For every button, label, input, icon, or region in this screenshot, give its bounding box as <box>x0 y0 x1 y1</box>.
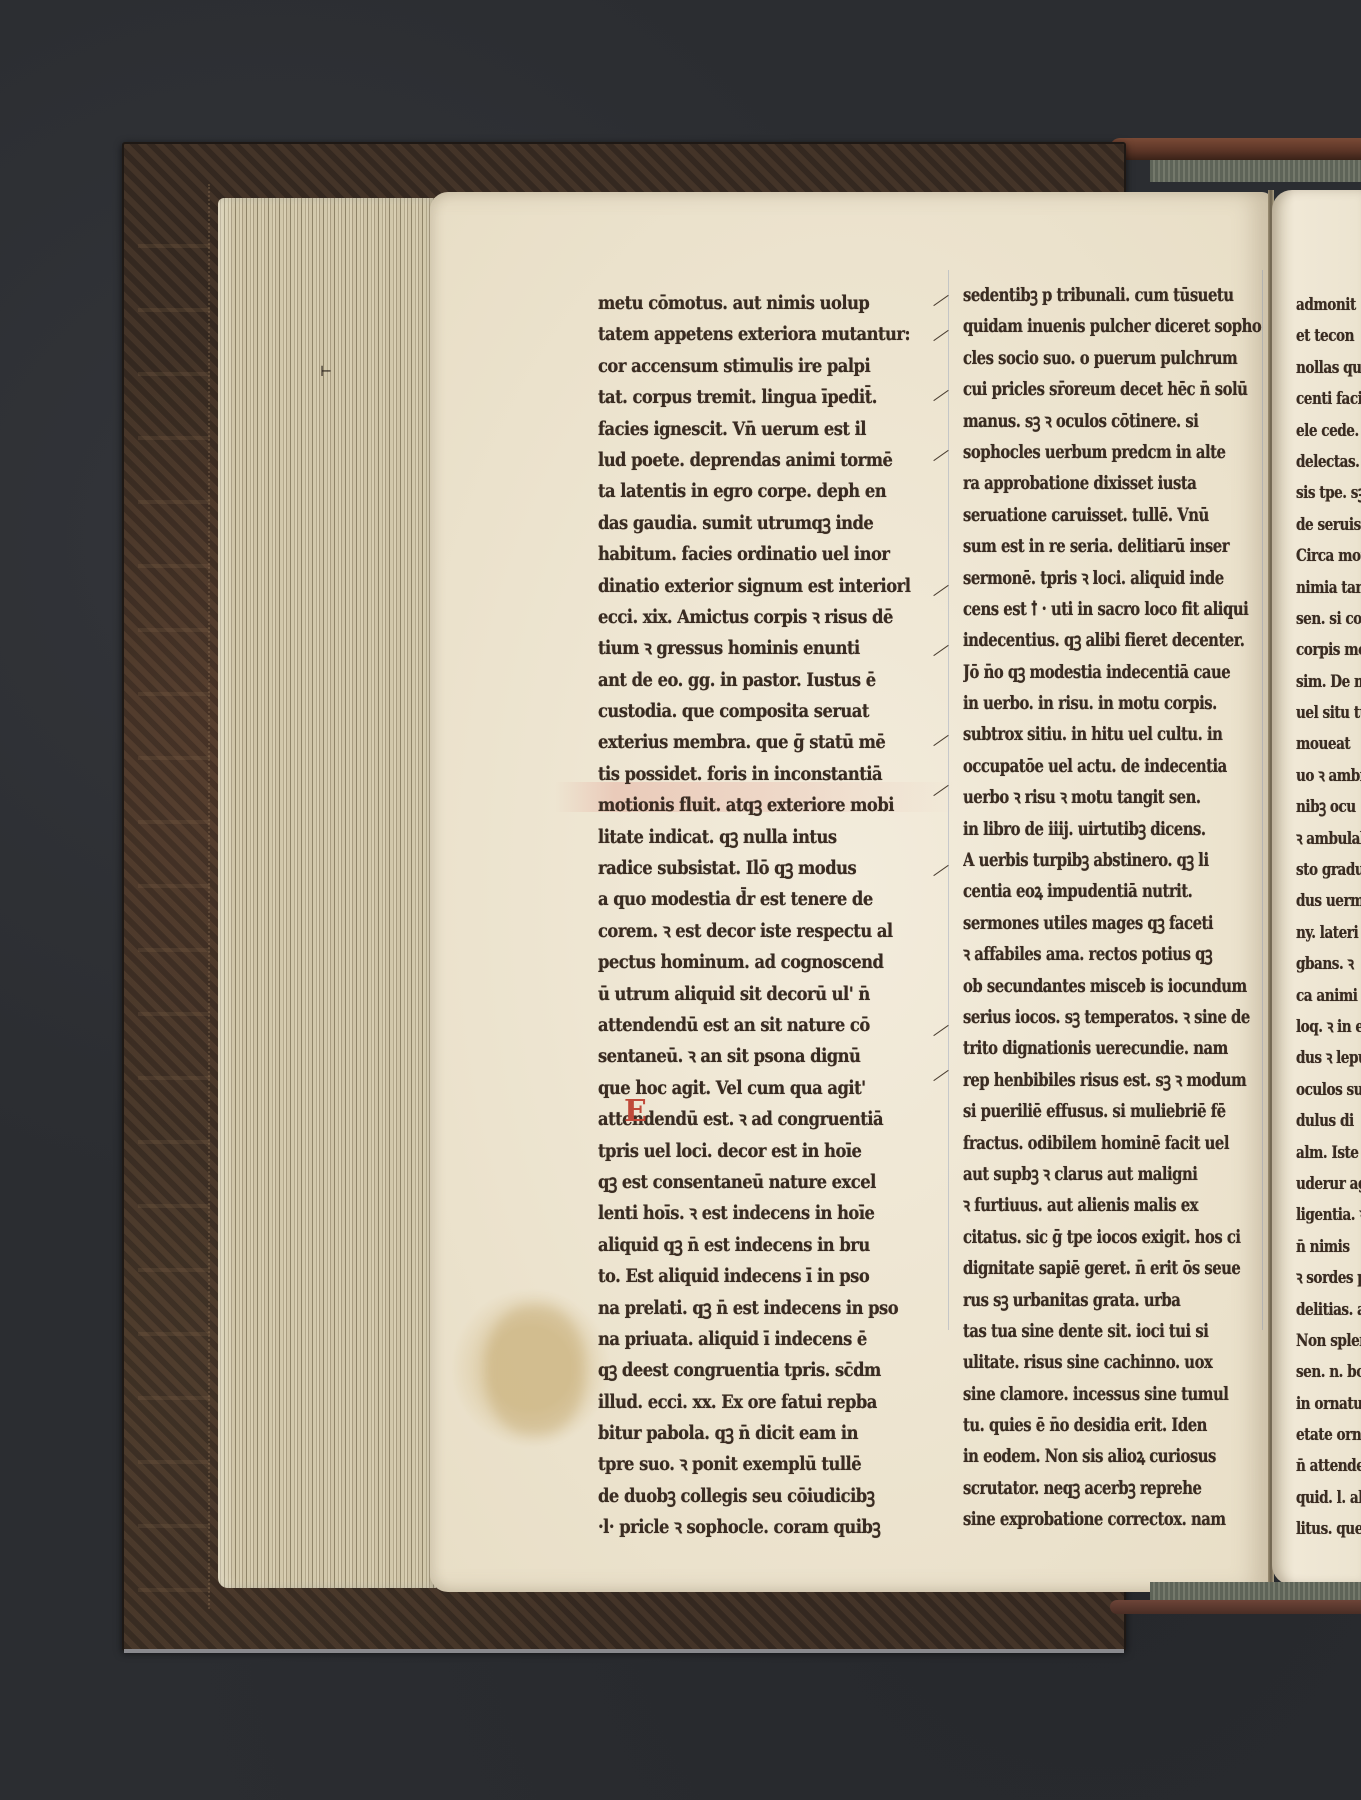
text-line: corpis mot <box>1296 635 1348 666</box>
text-line: ū utrum aliquid sit decorū ul' n̄ <box>598 979 895 1010</box>
text-line: in libro de iiij. uirtutibꝫ dicens. <box>963 814 1205 845</box>
ruling-line <box>948 270 949 1330</box>
text-line: delectas. <box>1296 447 1348 478</box>
text-line: sen. si con <box>1296 604 1348 635</box>
text-line: uderur ag <box>1296 1169 1348 1200</box>
text-line: rep henbibiles risus est. sꝫ ꝛ modum <box>963 1065 1205 1096</box>
text-line: to. Est aliquid indecens ī in pso <box>598 1261 895 1292</box>
text-line: corem. ꝛ est decor iste respectu al <box>598 916 895 947</box>
text-line: litate indicat. qꝫ nulla intus <box>598 822 895 853</box>
text-line: sum est in re seria. delitiarū inser <box>963 531 1205 562</box>
text-line: loq. ꝛ in eo <box>1296 1012 1348 1043</box>
text-line: ꝛ sordes pa <box>1296 1263 1348 1294</box>
text-line: sedentibꝫ p tribunali. cum tūsuetu <box>963 280 1205 311</box>
text-line: centi faci <box>1296 384 1348 415</box>
text-line: et tecon <box>1296 321 1348 352</box>
text-line: seruatione caruisset. tullē. Vnū <box>963 500 1205 531</box>
headband-bottom <box>1150 1582 1361 1600</box>
text-line: dus uerm <box>1296 886 1348 917</box>
parchment-stain <box>485 1305 585 1435</box>
text-line: pectus hominum. ad cognoscend <box>598 947 895 978</box>
text-line: exterius membra. que ḡ statū mē <box>598 727 895 758</box>
text-line: sermonē. tpris ꝛ loci. aliquid inde <box>963 563 1205 594</box>
text-line: aliquid qꝫ n̄ est indecens in bru <box>598 1230 895 1261</box>
text-line: das gaudia. sumit utrumqꝫ inde <box>598 508 895 539</box>
text-line: n̄ attende <box>1296 1451 1348 1482</box>
text-line: nimia tan <box>1296 573 1348 604</box>
rubricated-initial: E <box>624 1094 647 1129</box>
text-line: bitur pabola. qꝫ n̄ dicit eam in <box>598 1418 895 1449</box>
text-line: in ornatu <box>1296 1389 1348 1420</box>
text-line: nibꝫ ocu <box>1296 792 1348 823</box>
text-line: fractus. odibilem hominē facit uel <box>963 1128 1205 1159</box>
text-line: a quo modestia d̄r est tenere de <box>598 884 895 915</box>
text-line: Non splend <box>1296 1326 1348 1357</box>
text-line: n̄ nimis <box>1296 1232 1348 1263</box>
text-line: tpris uel loci. decor est in hoīe <box>598 1136 895 1167</box>
fore-edge-mark: ⊢ <box>320 364 332 380</box>
text-line: ant de eo. gg. in pastor. Iustus ē <box>598 665 895 696</box>
text-line: uerbo ꝛ risu ꝛ motu tangit sen. <box>963 782 1205 813</box>
text-line: radice subsistat. Ilō qꝫ modus <box>598 853 895 884</box>
cover-edge-highlight <box>124 1649 1124 1653</box>
text-line: ꝛ ambulab <box>1296 824 1348 855</box>
text-line: manus. sꝫ ꝛ oculos cōtinere. si <box>963 406 1205 437</box>
text-line: lenti hoīs. ꝛ est indecens in hoīe <box>598 1198 895 1229</box>
text-line: ecci. xix. Amictus corpis ꝛ risus dē <box>598 602 895 633</box>
text-column-c-partial: admonitet teconnollas qucenti faciele ce… <box>1296 290 1361 1546</box>
text-line: tis possidet. foris in inconstantiā <box>598 759 895 790</box>
text-line: delitias. al <box>1296 1295 1348 1326</box>
text-line: ligentia. ꝛ <box>1296 1200 1348 1231</box>
text-line: gbans. ꝛ <box>1296 949 1348 980</box>
text-line: etate orns <box>1296 1420 1348 1451</box>
text-line: ele cede. <box>1296 416 1348 447</box>
text-line: ta latentis in egro corpe. deph en <box>598 476 895 507</box>
text-line: de seruis. <box>1296 510 1348 541</box>
text-line: illud. ecci. xx. Ex ore fatui repba <box>598 1387 895 1418</box>
text-line: alm. Iste <box>1296 1138 1348 1169</box>
text-line: tas tua sine dente sit. ioci tui si <box>963 1316 1205 1347</box>
text-line: litus. que <box>1296 1514 1348 1545</box>
text-line: dinatio exterior signum est interiorl <box>598 571 895 602</box>
text-line: moueat <box>1296 729 1348 760</box>
text-line: ca animi <box>1296 981 1348 1012</box>
text-line: sophocles uerbum predcm in alte <box>963 437 1205 468</box>
headband-top <box>1150 160 1361 182</box>
text-line: rus sꝫ urbanitas grata. urba <box>963 1285 1205 1316</box>
text-line: sentaneū. ꝛ an sit psona dignū <box>598 1041 895 1072</box>
text-line: sine exprobatione correctox. nam <box>963 1504 1205 1535</box>
text-line: ꝛ furtiuus. aut alienis malis ex <box>963 1190 1205 1221</box>
text-line: occupatōe uel actu. de indecentia <box>963 751 1205 782</box>
text-line: in eodem. Non sis alioꝝ curiosus <box>963 1441 1205 1472</box>
text-line: ·l· pricle ꝛ sophocle. coram quibꝫ <box>598 1512 895 1543</box>
text-line: citatus. sic ḡ tpe iocos exigit. hos ci <box>963 1222 1205 1253</box>
text-line: centia eoꝝ impudentiā nutrit. <box>963 876 1205 907</box>
text-column-b: sedentibꝫ p tribunali. cum tūsuetuquidam… <box>963 280 1266 1536</box>
text-line: si pueriliē effusus. si muliebriē fē <box>963 1096 1205 1127</box>
tooled-border-decoration <box>138 184 210 1609</box>
text-line: Jō n̄o qꝫ modestia indecentiā caue <box>963 657 1205 688</box>
spine-strap-top <box>1110 138 1361 160</box>
text-line: trito dignationis uerecundie. nam <box>963 1033 1205 1064</box>
text-line: tium ꝛ gressus hominis enunti <box>598 633 895 664</box>
manuscript-photo: ⊢ metu cōmotus. aut nimis uoluptatem app… <box>0 0 1361 1800</box>
text-line: dignitate sapiē geret. n̄ erit ōs seue <box>963 1253 1205 1284</box>
text-line: quidam inuenis pulcher diceret sopho <box>963 311 1205 342</box>
text-line: serius iocos. sꝫ temperatos. ꝛ sine de <box>963 1002 1205 1033</box>
text-line: lud poete. deprendas animi tormē <box>598 445 895 476</box>
text-line: custodia. que composita seruat <box>598 696 895 727</box>
text-line: sim. De m <box>1296 667 1348 698</box>
text-line: cui pricles sr̄oreum decet hēc n̄ solū <box>963 374 1205 405</box>
fore-edge-page-stack: ⊢ <box>218 198 436 1588</box>
text-column-a: metu cōmotus. aut nimis uoluptatem appet… <box>598 288 943 1544</box>
text-line: ꝛ affabiles ama. rectos potius qꝫ <box>963 939 1205 970</box>
text-line: ra approbatione dixisset iusta <box>963 468 1205 499</box>
text-line: dus ꝛ lepu <box>1296 1043 1348 1074</box>
text-line: na prelati. qꝫ n̄ est indecens in pso <box>598 1293 895 1324</box>
text-line: cles socio suo. o puerum pulchrum <box>963 343 1205 374</box>
text-line: tu. quies ē n̄o desidia erit. Iden <box>963 1410 1205 1441</box>
text-line: Circa mot <box>1296 541 1348 572</box>
text-line: indecentius. qꝫ alibi fieret decenter. <box>963 625 1205 656</box>
text-line: na priuata. aliquid ī indecens ē <box>598 1324 895 1355</box>
text-line: sermones utiles mages qꝫ faceti <box>963 908 1205 939</box>
text-line: ob secundantes misceb is iocundum <box>963 971 1205 1002</box>
text-line: uel situ tu <box>1296 698 1348 729</box>
text-line: tatem appetens exteriora mutantur: <box>598 319 895 350</box>
text-line: ny. lateri <box>1296 918 1348 949</box>
text-line: cor accensum stimulis ire palpi <box>598 351 895 382</box>
text-line: subtrox sitiu. in hitu uel cultu. in <box>963 719 1205 750</box>
text-line: dulus di <box>1296 1106 1348 1137</box>
text-line: in uerbo. in risu. in motu corpis. <box>963 688 1205 719</box>
text-line: quid. l. al <box>1296 1483 1348 1514</box>
text-line: metu cōmotus. aut nimis uolup <box>598 288 895 319</box>
text-line: qꝫ deest congruentia tpris. sc̄dm <box>598 1355 895 1386</box>
text-line: sis tpe. sꝫ <box>1296 478 1348 509</box>
text-line: habitum. facies ordinatio uel inor <box>598 539 895 570</box>
text-line: ulitate. risus sine cachinno. uox <box>963 1347 1205 1378</box>
text-line: motionis fluit. atqꝫ exteriore mobi <box>598 790 895 821</box>
text-line: nollas qu <box>1296 353 1348 384</box>
text-line: oculos sub <box>1296 1075 1348 1106</box>
text-line: tat. corpus tremit. lingua īpedit̄. <box>598 382 895 413</box>
text-line: A uerbis turpibꝫ abstinero. qꝫ li <box>963 845 1205 876</box>
text-line: admonit <box>1296 290 1348 321</box>
spine-strap-bottom <box>1110 1600 1361 1614</box>
text-line: aut supbꝫ ꝛ clarus aut maligni <box>963 1159 1205 1190</box>
text-line: facies ignescit. Vn̄ uerum est il <box>598 414 895 445</box>
text-line: cens est ꝉ · uti in sacro loco fit aliqu… <box>963 594 1205 625</box>
text-line: tpre suo. ꝛ ponit exemplū tullē <box>598 1449 895 1480</box>
text-line: scrutator. neqꝫ acerbꝫ reprehe <box>963 1473 1205 1504</box>
text-line: de duobꝫ collegis seu cōiudicibꝫ <box>598 1481 895 1512</box>
text-line: uo ꝛ ambr <box>1296 761 1348 792</box>
text-line: sto gradu <box>1296 855 1348 886</box>
text-line: sine clamore. incessus sine tumul <box>963 1379 1205 1410</box>
text-line: sen. n. bol <box>1296 1357 1348 1388</box>
text-line: attendendū est an sit nature cō <box>598 1010 895 1041</box>
text-line: qꝫ est consentaneū nature excel <box>598 1167 895 1198</box>
